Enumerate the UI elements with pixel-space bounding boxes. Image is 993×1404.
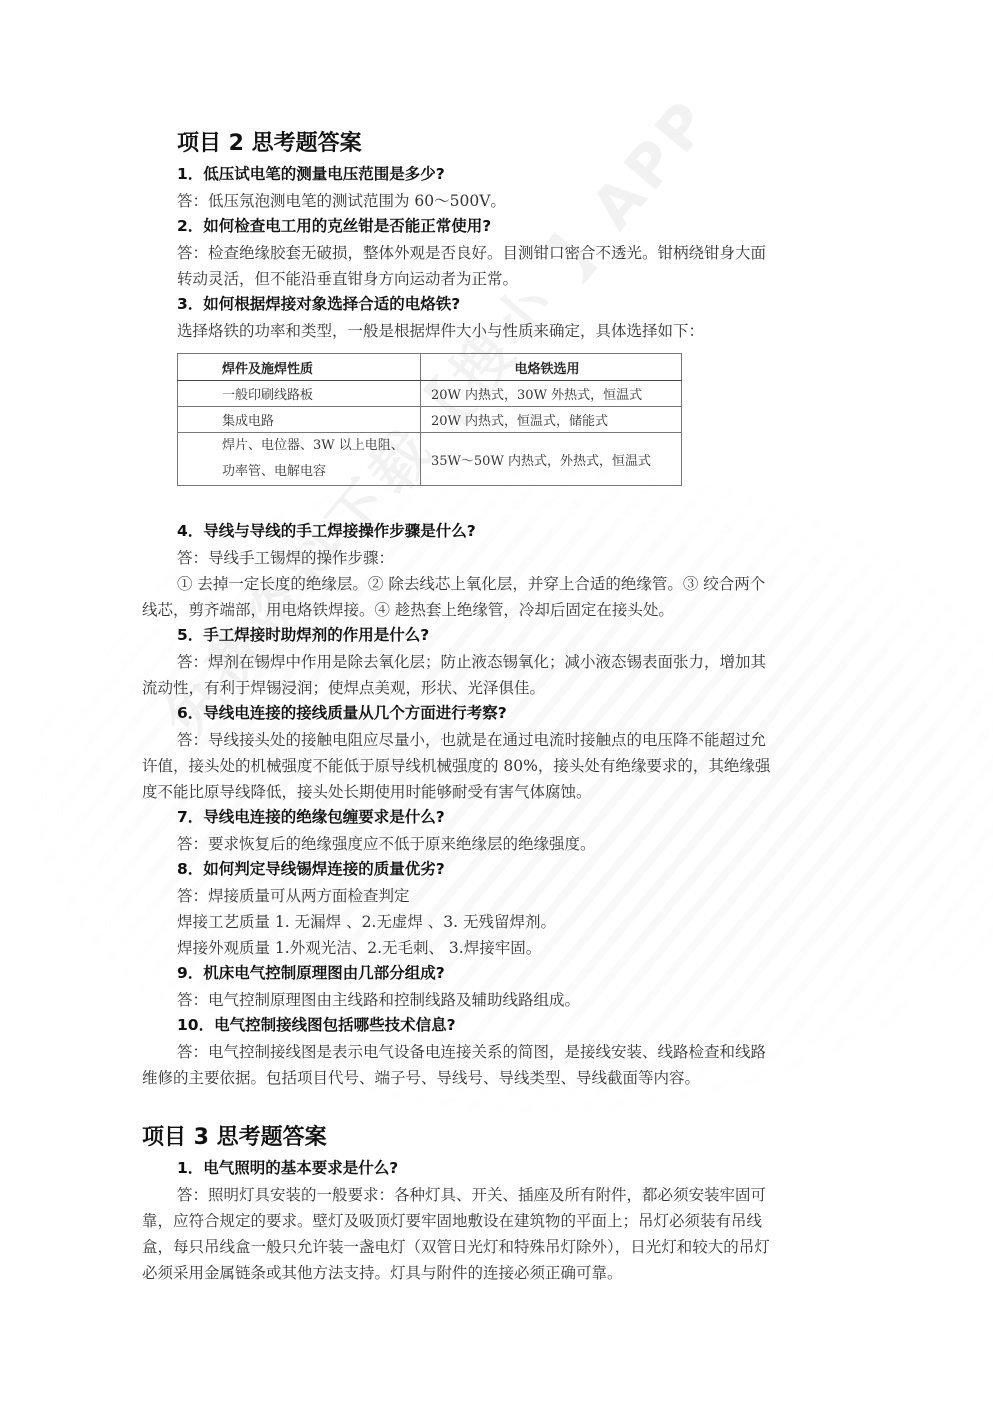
- table-cell: 20W 内热式，30W 外热式，恒温式: [421, 381, 682, 407]
- answer-line: ① 去掉一定长度的绝缘层。② 除去线芯上氧化层，并穿上合适的绝缘管。③ 绞合两个: [177, 572, 765, 594]
- answer-line: 答：照明灯具安装的一般要求：各种灯具、开关、插座及所有附件，都必须安装牢固可: [177, 1183, 766, 1205]
- table-cell: 35W～50W 内热式，外热式，恒温式: [421, 433, 682, 486]
- answer-line: 答：低压氖泡测电笔的测试范围为 60～500V。: [177, 189, 506, 211]
- cell-line: 功率管、电解电容: [222, 464, 326, 479]
- table-cell: 集成电路: [178, 407, 421, 433]
- answer-line: 转动灵活，但不能沿垂直钳身方向运动者为正常。: [177, 267, 518, 289]
- answer-line: 答：焊接质量可从两方面检查判定: [177, 884, 410, 906]
- answer-line: 答：导线接头处的接触电阻应尽量小，也就是在通过电流时接触点的电压降不能超过允: [177, 728, 766, 750]
- table-row: 焊片、电位器、3W 以上电阻、功率管、电解电容 35W～50W 内热式，外热式，…: [178, 433, 682, 486]
- question-4: 4．导线与导线的手工焊接操作步骤是什么?: [177, 519, 476, 541]
- answer-line: 答：检查绝缘胶套无破损，整体外观是否良好。目测钳口密合不透光。钳柄绕钳身大面: [177, 241, 766, 263]
- question-2: 2．如何检查电工用的克丝钳是否能正常使用?: [177, 214, 491, 236]
- answer-line: 答：要求恢复后的绝缘强度应不低于原来绝缘层的绝缘强度。: [177, 832, 596, 854]
- answer-line: 答：导线手工锡焊的操作步骤：: [177, 546, 394, 568]
- question-7: 7．导线电连接的绝缘包缠要求是什么?: [177, 805, 445, 827]
- answer-line: 答：焊剂在锡焊中作用是除去氧化层；防止液态锡氧化；减小液态锡表面张力，增加其: [177, 650, 766, 672]
- cell-line: 焊片、电位器、3W 以上电阻、: [222, 438, 404, 453]
- answer-line: 许值，接头处的机械强度不能低于原导线机械强度的 80%，接头处有绝缘要求的，其绝…: [142, 754, 770, 776]
- table-row: 集成电路 20W 内热式，恒温式，储能式: [178, 407, 682, 433]
- question-6: 6．导线电连接的接线质量从几个方面进行考察?: [177, 701, 507, 723]
- table-header: 焊件及施焊性质: [178, 354, 421, 381]
- question-8: 8．如何判定导线锡焊连接的质量优劣?: [177, 857, 445, 879]
- question-10: 10．电气控制接线图包括哪些技术信息?: [177, 1013, 456, 1035]
- table-header: 电烙铁选用: [421, 354, 682, 381]
- question-1: 1．低压试电笔的测量电压范围是多少?: [177, 162, 445, 184]
- question-5: 5．手工焊接时助焊剂的作用是什么?: [177, 623, 429, 645]
- section-title: 项目 3 思考题答案: [142, 1120, 327, 1151]
- table-row: 一般印刷线路板 20W 内热式，30W 外热式，恒温式: [178, 381, 682, 407]
- table-cell: 焊片、电位器、3W 以上电阻、功率管、电解电容: [178, 433, 421, 486]
- answer-line: 盒，每只吊线盒一般只允许装一盏电灯（双管日光灯和特殊吊灯除外），日光灯和较大的吊…: [142, 1235, 770, 1257]
- answer-line: 选择烙铁的功率和类型，一般是根据焊件大小与性质来确定，具体选择如下：: [177, 319, 704, 341]
- table-header-row: 焊件及施焊性质 电烙铁选用: [178, 354, 682, 381]
- answer-line: 焊接外观质量 1.外观光洁、2.无毛刺、 3.焊接牢固。: [177, 936, 541, 958]
- question-9: 9．机床电气控制原理图由几部分组成?: [177, 961, 445, 983]
- question-3: 3．如何根据焊接对象选择合适的电烙铁?: [177, 292, 460, 314]
- answer-line: 答：电气控制接线图是表示电气设备电连接关系的简图，是接线安装、线路检查和线路: [177, 1040, 766, 1062]
- section-title: 项目 2 思考题答案: [177, 126, 362, 157]
- answer-line: 维修的主要依据。包括项目代号、端子号、导线号、导线类型、导线截面等内容。: [142, 1066, 700, 1088]
- soldering-iron-table: 焊件及施焊性质 电烙铁选用 一般印刷线路板 20W 内热式，30W 外热式，恒温…: [177, 353, 682, 486]
- answer-line: 度不能比原导线降低，接头处长期使用时能够耐受有害气体腐蚀。: [142, 780, 592, 802]
- answer-line: 答：电气控制原理图由主线路和控制线路及辅助线路组成。: [177, 988, 580, 1010]
- answer-line: 线芯，剪齐端部，用电烙铁焊接。④ 趁热套上绝缘管，冷却后固定在接头处。: [142, 598, 674, 620]
- answer-line: 流动性，有利于焊锡浸润；使焊点美观，形状、光泽俱佳。: [142, 676, 545, 698]
- answer-line: 焊接工艺质量 1. 无漏焊 、2.无虚焊 、3. 无残留焊剂。: [177, 910, 556, 932]
- question-1: 1．电气照明的基本要求是什么?: [177, 1156, 398, 1178]
- table-cell: 一般印刷线路板: [178, 381, 421, 407]
- answer-line: 必须采用金属链条或其他方法支持。灯具与附件的连接必须正确可靠。: [142, 1261, 623, 1283]
- table-cell: 20W 内热式，恒温式，储能式: [421, 407, 682, 433]
- answer-line: 靠，应符合规定的要求。壁灯及吸顶灯要牢固地敷设在建筑物的平面上；吊灯必须装有吊线: [142, 1209, 762, 1231]
